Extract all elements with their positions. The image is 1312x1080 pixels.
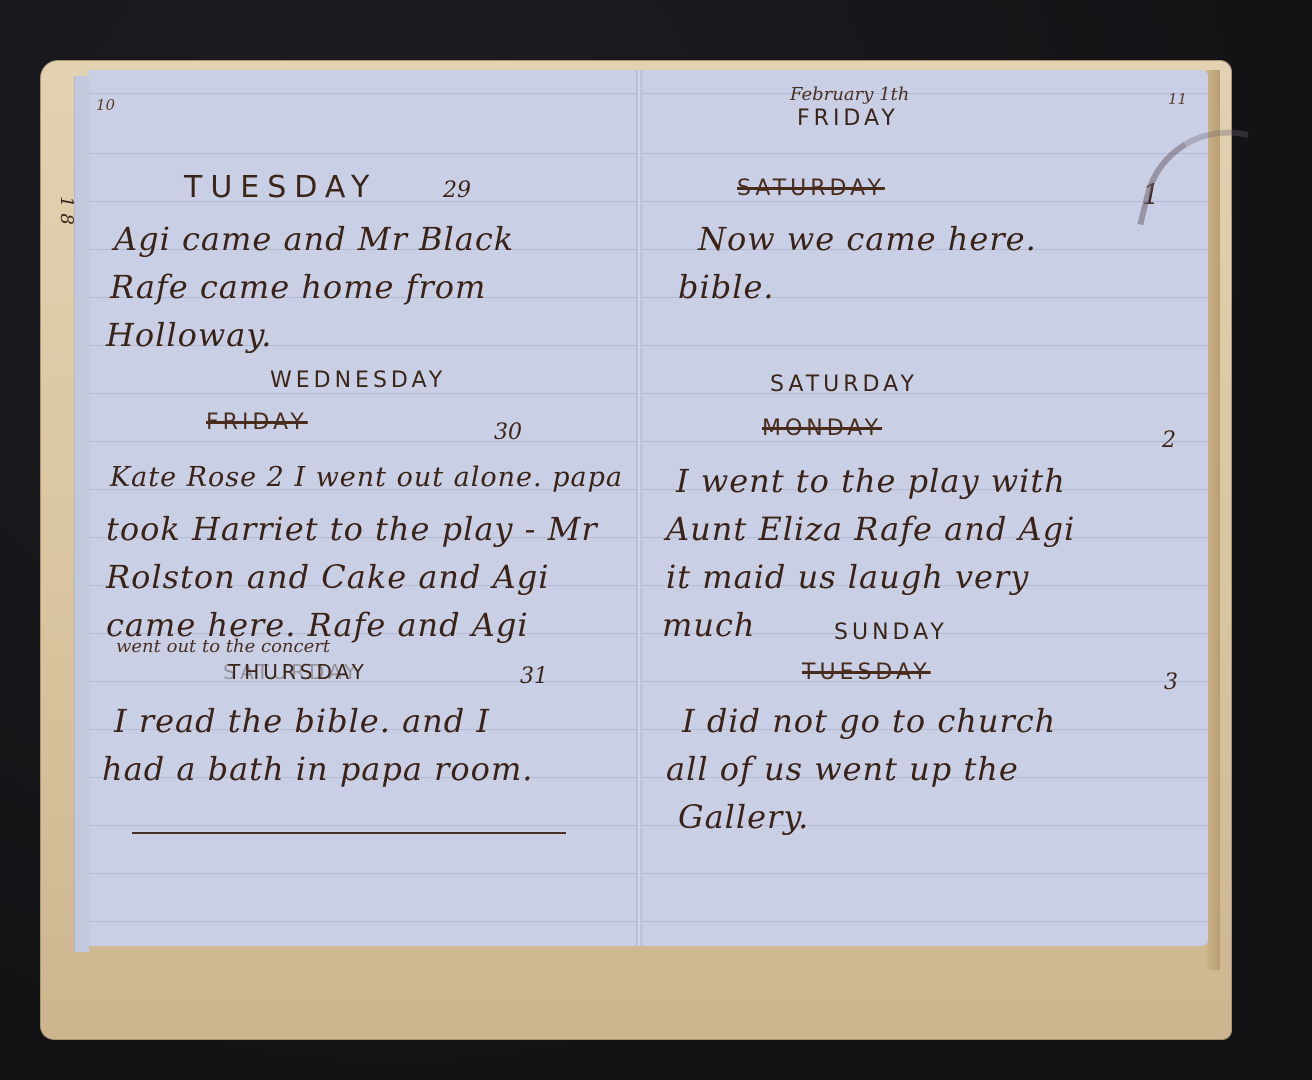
entry-line: bible. [678,268,775,306]
entry-line: had a bath in papa room. [102,750,533,788]
entry-date: 29 [443,178,471,203]
day-heading: SUNDAY [834,620,948,645]
entry-line: Holloway. [106,316,272,354]
day-heading: WEDNESDAY [270,368,446,393]
entry-line: I read the bible. and I [114,702,490,740]
interlinear-note: went out to the concert [116,636,330,657]
entry-date: 31 [520,664,548,689]
page-number: 10 [96,96,115,114]
struck-day-heading: SATURDAY [737,176,885,201]
header-note: February 1th [790,84,909,105]
end-rule [132,832,566,834]
entry-line: I went to the play with [676,462,1066,500]
entry-line: Kate Rose 2 I went out alone. papa [110,462,623,493]
entry-date: 3 [1164,670,1178,695]
entry-line: Gallery. [678,798,809,836]
day-heading: THURSDAY [228,660,368,684]
day-heading: FRIDAY [797,106,899,131]
entry-date: 2 [1162,428,1176,453]
struck-day-heading: MONDAY [762,416,882,441]
entry-line: it maid us laugh very [666,558,1029,596]
entry-line: Rafe came home from [110,268,486,306]
entry-line: Agi came and Mr Black [114,220,514,258]
entry-line: Aunt Eliza Rafe and Agi [666,510,1075,548]
entry-line: much [662,606,755,644]
day-heading: TUESDAY [184,170,377,205]
entry-line: I did not go to church [682,702,1056,740]
page-number: 11 [1168,90,1187,108]
entry-line: all of us went up the [666,750,1019,788]
entry-line: Rolston and Cake and Agi [106,558,550,596]
entry-line: Now we came here. [698,220,1037,258]
entry-line: took Harriet to the play - Mr [106,510,598,548]
struck-day-heading: FRIDAY [206,410,308,435]
right-page: 11 February 1th FRIDAY SATURDAY 1 Now we… [642,70,1208,946]
day-heading: SATURDAY [770,372,918,397]
left-page: 10 TUESDAY 29 Agi came and Mr Black Rafe… [88,70,637,946]
entry-date: 30 [494,420,522,445]
struck-day-heading: TUESDAY [802,660,931,685]
